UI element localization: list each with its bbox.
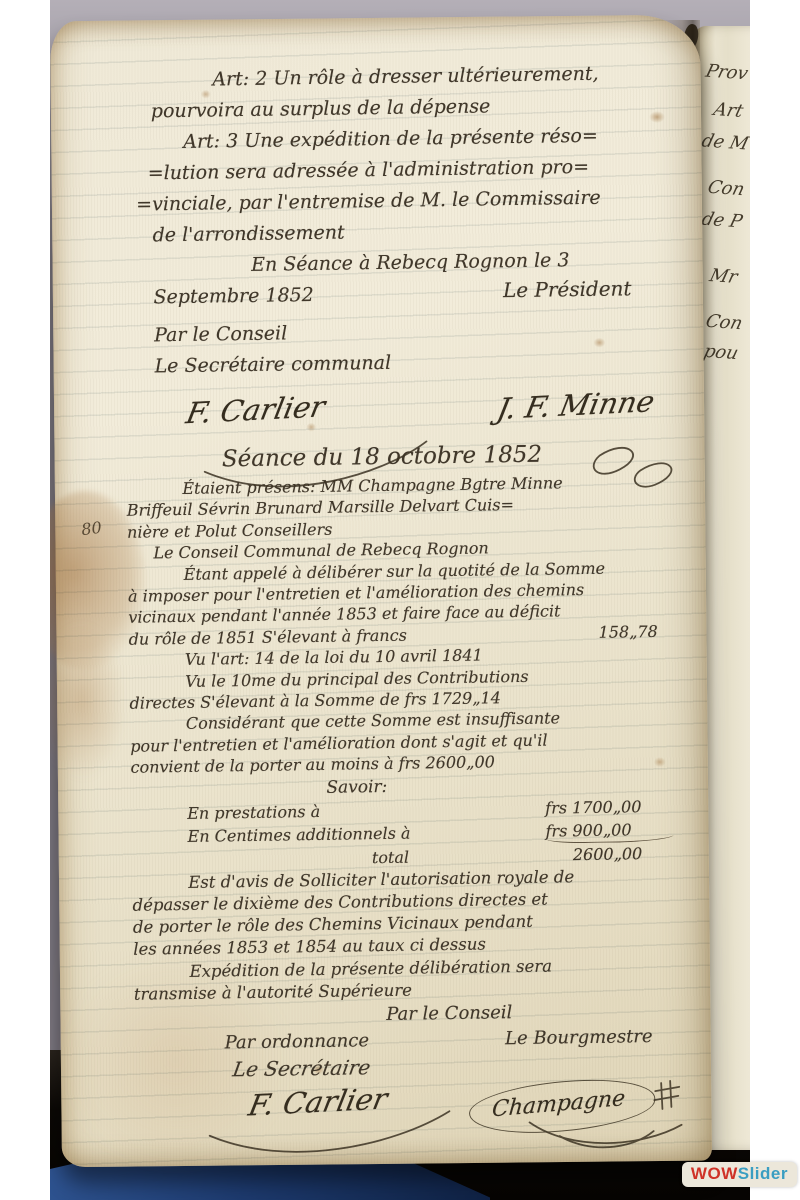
text-column: Art: 2 Un rôle à dresser ultérieurement,… bbox=[120, 58, 678, 1138]
right-page-fragment: Con bbox=[703, 311, 744, 334]
amount-label: En prestations à bbox=[131, 800, 320, 826]
right-page-fragment: Con bbox=[705, 177, 746, 200]
right-page-fragment: Prov bbox=[703, 61, 750, 85]
amount-value: 2600„00 bbox=[546, 841, 674, 866]
section-avis: Est d'avis de Solliciter l'autorisation … bbox=[132, 864, 676, 1005]
section-signatures-2: Par ordonnanceLe BourgmestreLe Secrétair… bbox=[134, 1024, 678, 1138]
signature: Champagne bbox=[466, 1073, 657, 1139]
amount-value: frs 1700„00 bbox=[545, 794, 673, 819]
amount-value: frs 900„00 bbox=[545, 817, 673, 843]
champagne-flourish bbox=[560, 1131, 654, 1148]
section-conseil: Par le ConseilLe Secrétaire communal bbox=[124, 313, 667, 383]
right-page-fragment: Art bbox=[711, 99, 745, 122]
section-amounts: En prestations àfrs 1700„00En Centimes a… bbox=[131, 794, 674, 872]
right-page-fragment: Mr bbox=[707, 265, 739, 288]
signature-caption: Le Secrétaire bbox=[133, 1054, 373, 1084]
section-deliberation: Étaient présens: MM Champagne Bgtre Minn… bbox=[126, 471, 672, 779]
margin-note: 80 bbox=[80, 518, 102, 539]
manuscript-line: F. CarlierChampagne bbox=[135, 1076, 678, 1138]
amount-value: 158„78 bbox=[598, 621, 662, 643]
watermark-slider: Slider bbox=[738, 1164, 788, 1183]
section-signatures-1: F. CarlierJ. F. Minne bbox=[125, 375, 668, 441]
right-page-fragment: de M bbox=[699, 131, 750, 155]
watermark-wow: WOW bbox=[691, 1164, 738, 1183]
signature: F. Carlier bbox=[183, 389, 328, 430]
signature-caption: Par ordonnance bbox=[134, 1028, 369, 1057]
manuscript-photo: ProvArtde MConde PMrConpou 80 Art: 2 Un … bbox=[50, 0, 750, 1200]
paper-stain bbox=[50, 621, 128, 782]
signature: F. Carlier bbox=[243, 1085, 390, 1138]
signature-caption: Le Bourgmestre bbox=[505, 1024, 677, 1053]
right-page-fragment: de P bbox=[699, 209, 744, 232]
manuscript-line: F. CarlierJ. F. Minne bbox=[125, 375, 668, 441]
manuscript-page: 80 Art: 2 Un rôle à dresser ultérieureme… bbox=[50, 15, 712, 1168]
right-page-fragment: pou bbox=[701, 341, 740, 364]
signature: J. F. Minne bbox=[494, 384, 657, 426]
wowslider-watermark[interactable]: WOWSlider bbox=[682, 1162, 797, 1187]
